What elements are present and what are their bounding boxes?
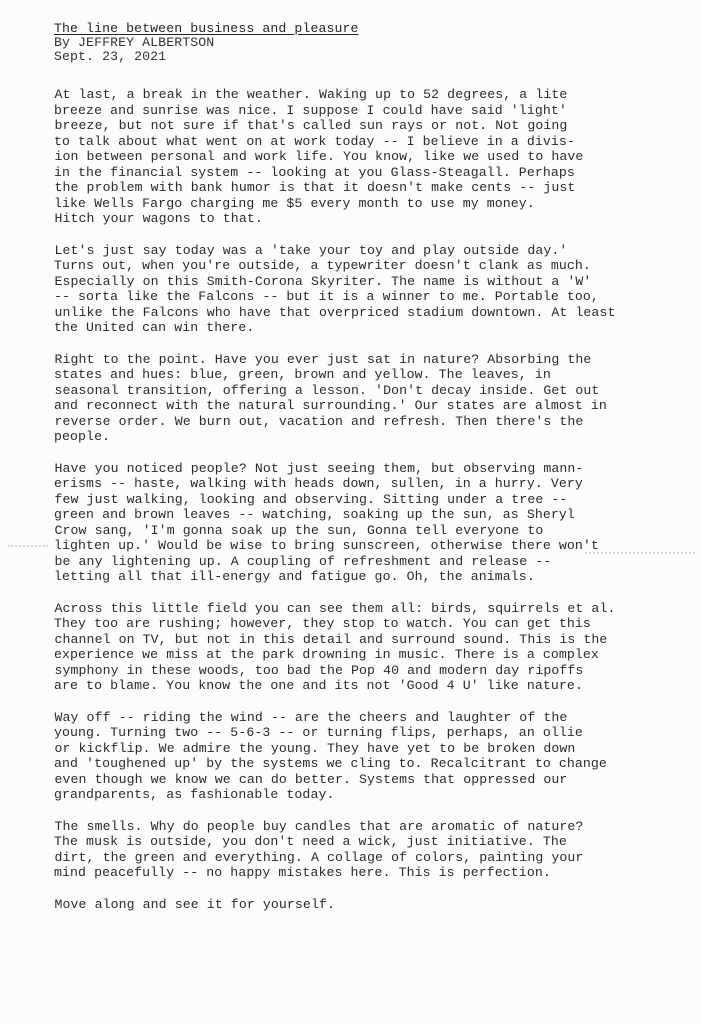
text-line: few just walking, looking and observing.…: [55, 492, 655, 508]
text-line: reverse order. We burn out, vacation and…: [55, 414, 655, 430]
text-line: dirt, the green and everything. A collag…: [55, 850, 655, 866]
text-line: in the financial system -- looking at yo…: [54, 165, 654, 181]
text-line: or kickflip. We admire the young. They h…: [55, 741, 655, 757]
text-line: mind peacefully -- no happy mistakes her…: [54, 865, 654, 881]
text-line: Especially on this Smith-Corona Skyriter…: [55, 274, 655, 290]
text-line: symphony in these woods, too bad the Pop…: [55, 663, 655, 679]
text-line: and reconnect with the natural surroundi…: [54, 398, 654, 414]
text-line: -- sorta like the Falcons -- but it is a…: [54, 289, 654, 305]
paragraph: At last, a break in the weather. Waking …: [54, 87, 654, 227]
text-line: the problem with bank humor is that it d…: [55, 180, 655, 196]
text-line: The musk is outside, you don't need a wi…: [54, 834, 654, 850]
text-line: Turns out, when you're outside, a typewr…: [54, 258, 654, 274]
text-line: even though we know we can do better. Sy…: [55, 772, 655, 788]
paragraph: Let's just say today was a 'take your to…: [54, 243, 654, 336]
paragraph: Have you noticed people? Not just seeing…: [54, 461, 654, 585]
text-line: They too are rushing; however, they stop…: [54, 616, 654, 632]
typewritten-page: The line between business and pleasure B…: [0, 0, 702, 1024]
text-line: Have you noticed people? Not just seeing…: [55, 461, 655, 477]
byline: By JEFFREY ALBERTSON: [54, 36, 654, 50]
paragraph: Across this little field you can see the…: [54, 601, 654, 694]
text-line: be any lightening up. A coupling of refr…: [55, 554, 655, 570]
text-line: lighten up.' Would be wise to bring suns…: [54, 538, 654, 554]
text-line: Crow sang, 'I'm gonna soak up the sun, G…: [55, 523, 655, 539]
paragraph: Move along and see it for yourself.: [54, 897, 654, 913]
text-line: Move along and see it for yourself.: [55, 897, 655, 913]
text-line: unlike the Falcons who have that overpri…: [55, 305, 655, 321]
text-line: states and hues: blue, green, brown and …: [54, 367, 654, 383]
paper-smudge: [8, 545, 48, 551]
text-line: letting all that ill-energy and fatigue …: [54, 569, 654, 585]
text-line: and 'toughened up' by the systems we cli…: [54, 756, 654, 772]
document-body: The line between business and pleasure B…: [54, 22, 654, 912]
text-line: At last, a break in the weather. Waking …: [55, 87, 655, 103]
text-line: experience we miss at the park drowning …: [54, 647, 654, 663]
text-line: ion between personal and work life. You …: [55, 149, 655, 165]
text-line: to talk about what went on at work today…: [54, 134, 654, 150]
date: Sept. 23, 2021: [54, 50, 654, 64]
text-line: breeze and sunrise was nice. I suppose I…: [54, 103, 654, 119]
text-line: the United can win there.: [54, 320, 654, 336]
text-line: Across this little field you can see the…: [55, 601, 655, 617]
text-line: breeze, but not sure if that's called su…: [55, 118, 655, 134]
text-line: are to blame. You know the one and its n…: [54, 678, 654, 694]
text-line: Right to the point. Have you ever just s…: [55, 352, 655, 368]
text-line: like Wells Fargo charging me $5 every mo…: [54, 196, 654, 212]
text-line: The smells. Why do people buy candles th…: [55, 819, 655, 835]
text-line: grandparents, as fashionable today.: [54, 787, 654, 803]
text-line: Hitch your wagons to that.: [55, 211, 655, 227]
text-line: young. Turning two -- 5-6-3 -- or turnin…: [54, 725, 654, 741]
paragraph: The smells. Why do people buy candles th…: [54, 819, 654, 881]
paragraph: Right to the point. Have you ever just s…: [54, 352, 654, 445]
text-line: channel on TV, but not in this detail an…: [55, 632, 655, 648]
document-title: The line between business and pleasure: [54, 22, 654, 36]
text-line: seasonal transition, offering a lesson. …: [55, 383, 655, 399]
text-line: Let's just say today was a 'take your to…: [55, 243, 655, 259]
text-line: Way off -- riding the wind -- are the ch…: [55, 710, 655, 726]
text-line: green and brown leaves -- watching, soak…: [54, 507, 654, 523]
text-line: people.: [54, 429, 654, 445]
paragraph: Way off -- riding the wind -- are the ch…: [54, 710, 654, 803]
text-line: erisms -- haste, walking with heads down…: [54, 476, 654, 492]
paragraphs: At last, a break in the weather. Waking …: [54, 87, 654, 912]
